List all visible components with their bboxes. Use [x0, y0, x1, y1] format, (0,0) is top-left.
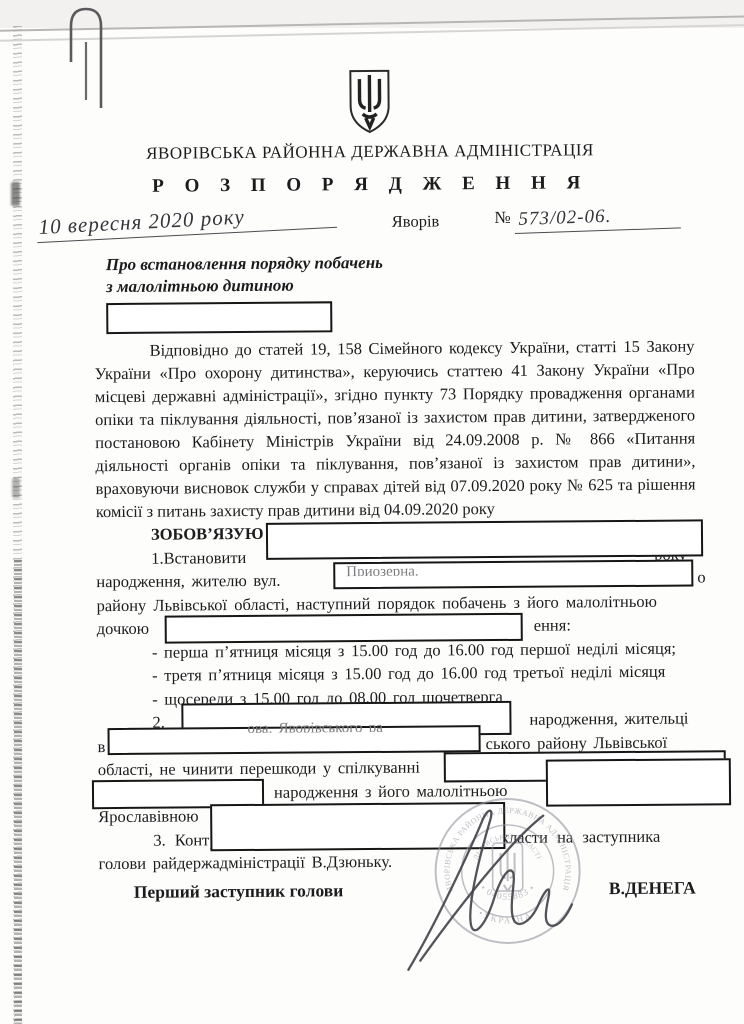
paperclip-icon: [52, 0, 122, 108]
signer-name: В.ДЕНЕГА: [609, 877, 696, 899]
subject-line-2: з малолітньою дитиною: [106, 274, 383, 298]
redaction-box: [106, 301, 332, 334]
faint-redacted-text: Приозерна,: [346, 564, 466, 576]
decree-line: ЗОБОВ’ЯЗУЮ: [96, 518, 696, 546]
organization-name: ЯВОРІВСЬКА РАЙОННА ДЕРЖАВНА АДМІНІСТРАЦІ…: [0, 139, 742, 165]
scanned-document: ЯВОРІВСЬКА РАЙОННА ДЕРЖАВНА АДМІНІСТРАЦІ…: [0, 0, 744, 1024]
redaction-box: [266, 519, 703, 559]
item1-line2-start: народження, жителю вул.: [96, 571, 280, 591]
redaction-box: [165, 613, 523, 644]
handwritten-date: 10 вересня 2020 року: [36, 200, 337, 243]
item2-line2-start: в: [98, 737, 106, 756]
item2-line1-end: народження, жительці: [529, 707, 688, 732]
document-page: ЯВОРІВСЬКА РАЙОННА ДЕРЖАВНА АДМІНІСТРАЦІ…: [0, 0, 744, 1024]
document-number: № 573/02-06.: [494, 203, 712, 232]
item2-line5: Ярославівною: [98, 806, 199, 826]
item1-line4-start: дочкою: [97, 619, 149, 638]
place-name: Яворів: [336, 205, 494, 232]
item1-line2-end: о: [697, 565, 705, 589]
signer-position-title: Перший заступник голови: [134, 880, 344, 903]
item1-start: 1.Встановити: [151, 547, 246, 567]
preamble-paragraph: Відповідно до статей 19, 158 Сімейного к…: [94, 334, 695, 523]
signature-row: Перший заступник голови В.ДЕНЕГА: [4, 877, 744, 904]
item2-line3: області, не чинити перешкоди у спілкуван…: [98, 758, 420, 780]
date-place-number-row: 10 вересня 2020 року Яворів № 573/02-06.: [36, 203, 712, 236]
document-type-title: Р О З П О Р Я Д Ж Е Н Н Я: [0, 171, 742, 199]
subject-line-1: Про встановлення порядку побачень: [106, 252, 383, 276]
faint-redacted-text: ова, Яворівського ра: [247, 720, 467, 733]
number-label: №: [494, 208, 510, 227]
ukraine-trident-emblem-icon: [344, 68, 395, 136]
handwritten-number: 573/02-06.: [515, 203, 682, 234]
obligate-word: ЗОБОВ’ЯЗУЮ: [151, 524, 264, 544]
item1-line4-end: ення:: [534, 613, 571, 637]
subject-block: Про встановлення порядку побачень з мало…: [106, 252, 384, 334]
